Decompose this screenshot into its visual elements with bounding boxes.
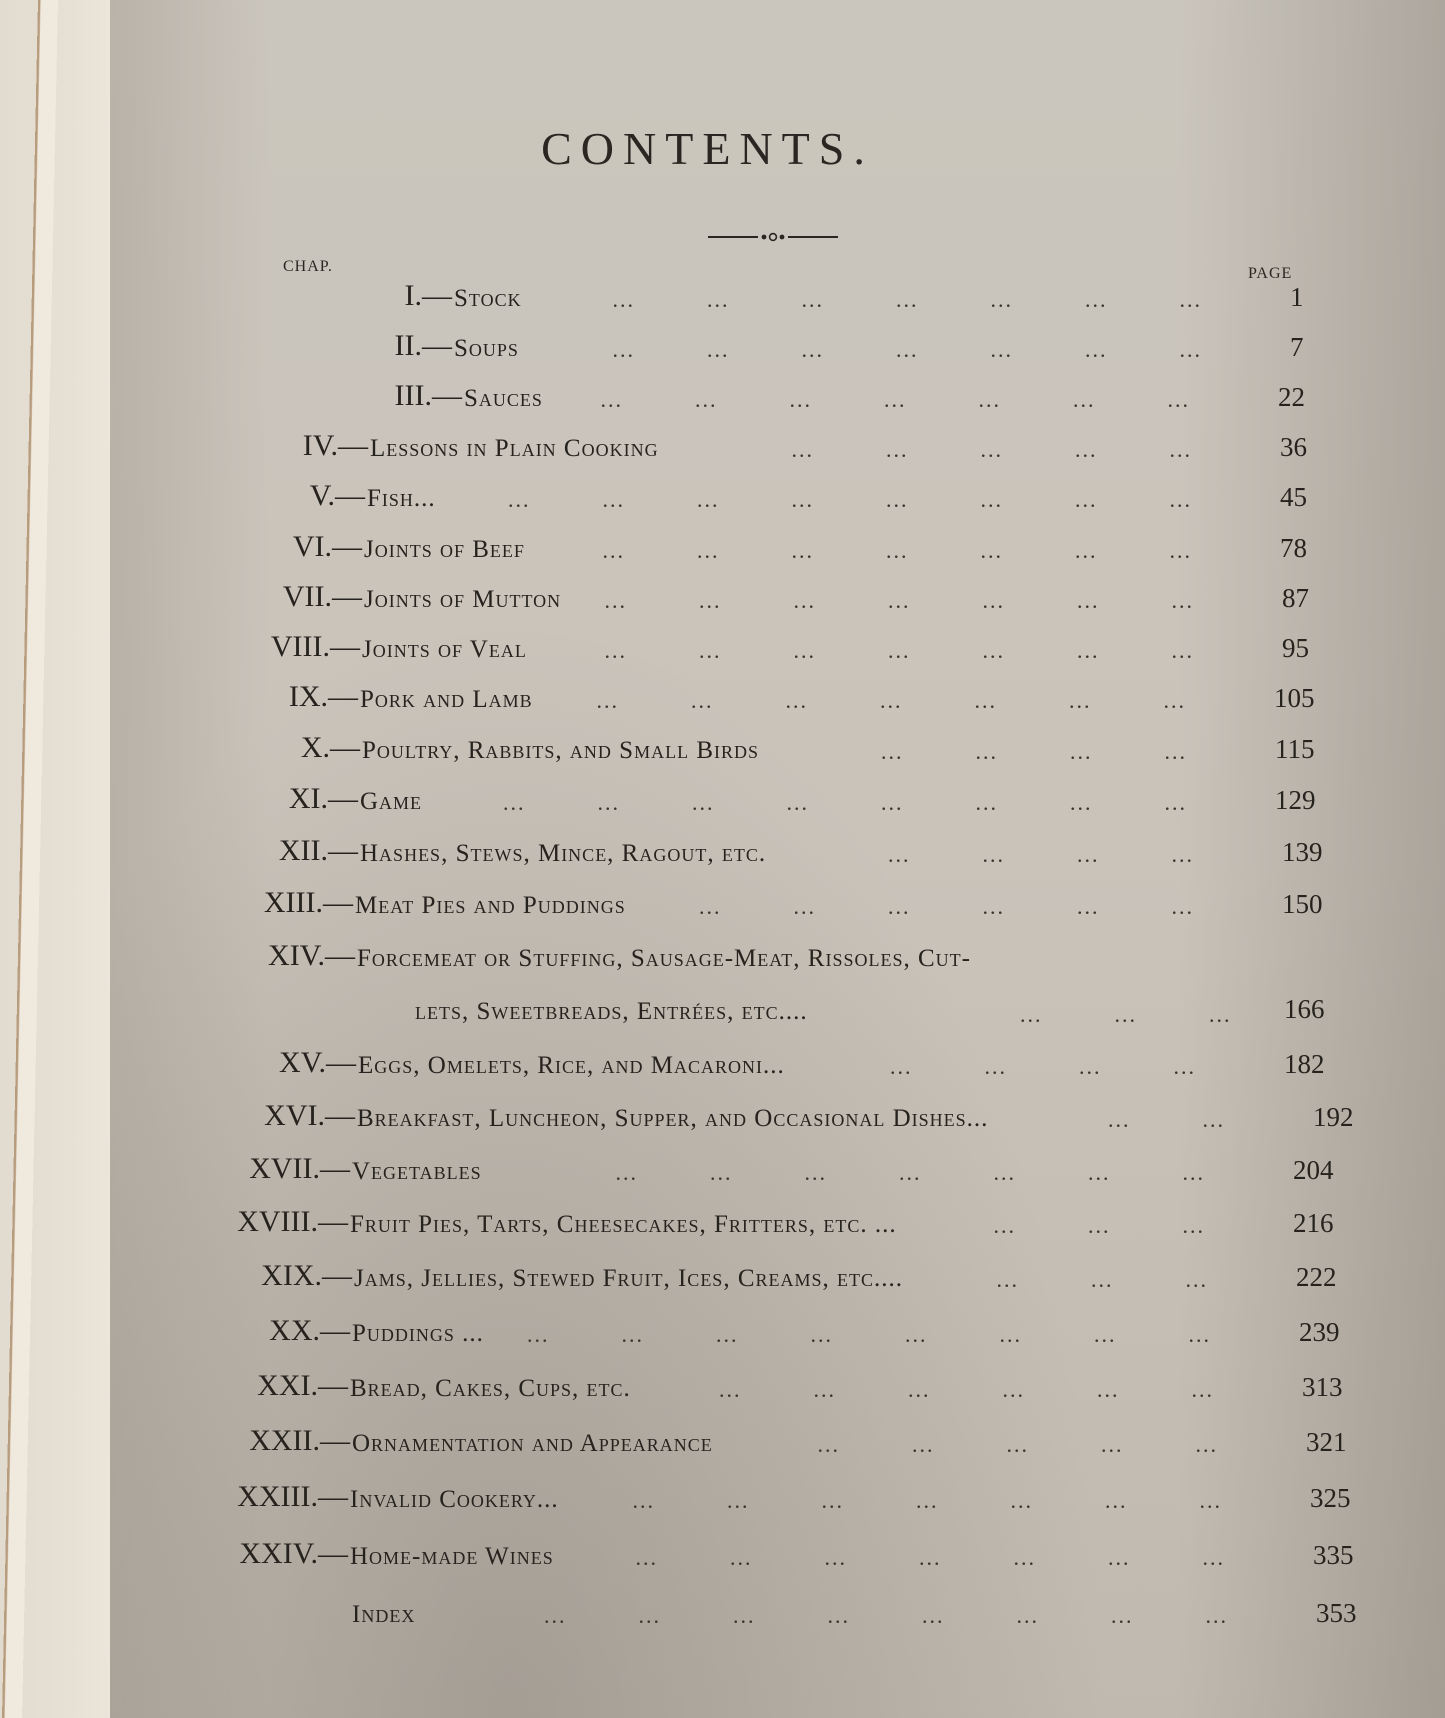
- page-number: 216: [1293, 1208, 1334, 1239]
- chapter-title: Joints of Mutton: [364, 586, 561, 614]
- page-number: 204: [1293, 1155, 1334, 1186]
- chapter-number: XVI.—: [264, 1099, 355, 1133]
- chapter-title: Puddings ...: [352, 1320, 484, 1348]
- chapter-number: XXI.—: [257, 1369, 348, 1403]
- chapter-number: IV.—: [303, 429, 368, 463]
- page-number: 313: [1302, 1372, 1343, 1403]
- toc-entry: XXIV.—Home-made Wines335... ... ... ... …: [0, 1543, 1445, 1587]
- dot-leader: ... ... ...: [927, 1213, 1277, 1239]
- chapter-number: VII.—: [283, 580, 362, 614]
- page-number: 36: [1280, 432, 1307, 463]
- dot-leader: ... ... ... ... ... ... ... ...: [452, 790, 1259, 816]
- page-number: 353: [1316, 1598, 1357, 1629]
- chapter-number: XXIII.—: [237, 1480, 348, 1514]
- toc-entry: XI.—Game129... ... ... ... ... ... ... .…: [0, 788, 1445, 832]
- chapter-title: Sauces: [464, 385, 543, 413]
- toc-entry: IX.—Pork and Lamb105... ... ... ... ... …: [0, 686, 1445, 730]
- toc-entry: VIII.—Joints of Veal95... ... ... ... ..…: [0, 636, 1445, 680]
- dot-leader: ... ... ... ... ... ...: [661, 1377, 1286, 1403]
- page-number: 222: [1296, 1262, 1337, 1293]
- ornament-rule-icon: [708, 232, 838, 242]
- chapter-title: Poultry, Rabbits, and Small Birds: [362, 737, 759, 765]
- toc-entry: VII.—Joints of Mutton87... ... ... ... .…: [0, 586, 1445, 630]
- chapter-title: Stock: [454, 285, 522, 313]
- toc-entry: Index353... ... ... ... ... ... ... ...: [0, 1601, 1445, 1645]
- chapter-title: Soups: [454, 335, 519, 363]
- chapter-number: XIV.—: [268, 939, 355, 973]
- page-number: 335: [1313, 1540, 1354, 1571]
- page-number: 150: [1282, 889, 1323, 920]
- dot-leader: ... ... ... ... ... ... ...: [584, 1545, 1297, 1571]
- toc-entry: X.—Poultry, Rabbits, and Small Birds115.…: [0, 737, 1445, 781]
- toc-entry: III.—Sauces22... ... ... ... ... ... ...: [0, 385, 1445, 429]
- dot-leader: ... ... ... ...: [796, 842, 1266, 868]
- dot-leader: ... ...: [1018, 1107, 1297, 1133]
- page-number: 321: [1306, 1427, 1347, 1458]
- chapter-number: XVIII.—: [237, 1205, 348, 1239]
- chapter-title: Pork and Lamb: [360, 686, 533, 714]
- page-number: 115: [1275, 734, 1315, 765]
- chapter-title: Invalid Cookery...: [350, 1486, 559, 1514]
- page-number: 166: [1284, 994, 1325, 1025]
- chapter-title: Fruit Pies, Tarts, Cheesecakes, Fritters…: [350, 1211, 897, 1239]
- chapter-number: III.—: [395, 379, 462, 413]
- toc-entry: VI.—Joints of Beef78... ... ... ... ... …: [0, 536, 1445, 580]
- chapter-number: XV.—: [279, 1046, 356, 1080]
- dot-leader: ... ... ...: [933, 1267, 1280, 1293]
- chapter-title: Forcemeat or Stuffing, Sausage-Meat, Ris…: [357, 945, 971, 973]
- toc-entry: XVIII.—Fruit Pies, Tarts, Cheesecakes, F…: [0, 1211, 1445, 1255]
- chapter-number: V.—: [310, 479, 365, 513]
- page-number: 129: [1275, 785, 1316, 816]
- dot-leader: ... ... ... ... ... ... ... ...: [466, 487, 1264, 513]
- toc-entry: II.—Soups7... ... ... ... ... ... ...: [0, 335, 1445, 379]
- page-number: 1: [1290, 282, 1304, 313]
- chapter-title: Vegetables: [352, 1158, 482, 1186]
- page-number: 239: [1299, 1317, 1340, 1348]
- page-number: 87: [1282, 583, 1309, 614]
- chapter-title: Breakfast, Luncheon, Supper, and Occasio…: [357, 1105, 988, 1133]
- page-number: 192: [1313, 1102, 1354, 1133]
- toc-entry: XXI.—Bread, Cakes, Cups, etc.313... ... …: [0, 1375, 1445, 1419]
- chapter-number: XXIV.—: [239, 1537, 348, 1571]
- dot-leader: ... ... ... ... ... ... ... ...: [514, 1322, 1283, 1348]
- toc-entry: XVI.—Breakfast, Luncheon, Supper, and Oc…: [0, 1105, 1445, 1149]
- page-number: 7: [1290, 332, 1304, 363]
- toc-entry: XIII.—Meat Pies and Puddings150... ... .…: [0, 892, 1445, 936]
- dot-leader: ... ... ... ... ... ... ...: [591, 588, 1266, 614]
- chapter-title: Index: [352, 1601, 415, 1629]
- toc-entry: XIV.—Forcemeat or Stuffing, Sausage-Meat…: [0, 945, 1445, 989]
- chapter-number: I.—: [405, 279, 453, 313]
- toc-entry: V.—Fish...45... ... ... ... ... ... ... …: [0, 485, 1445, 529]
- chapter-title: Home-made Wines: [350, 1543, 554, 1571]
- chapter-title: Bread, Cakes, Cups, etc.: [350, 1375, 631, 1403]
- page-number: 78: [1280, 533, 1307, 564]
- dot-leader: ... ... ... ... ... ...: [656, 894, 1266, 920]
- toc-entry: XII.—Hashes, Stews, Mince, Ragout, etc.1…: [0, 840, 1445, 884]
- chapter-number: XI.—: [289, 782, 358, 816]
- chapter-number: VI.—: [293, 530, 362, 564]
- toc-entry: XXII.—Ornamentation and Appearance321...…: [0, 1430, 1445, 1474]
- dot-leader: ... ... ... ... ...: [689, 437, 1264, 463]
- toc-entry: I.—Stock1... ... ... ... ... ... ...: [0, 285, 1445, 329]
- chapter-title: Joints of Veal: [362, 636, 527, 664]
- dot-leader: ... ... ... ... ... ... ...: [512, 1160, 1277, 1186]
- toc-entry: XXIII.—Invalid Cookery...325... ... ... …: [0, 1486, 1445, 1530]
- chapter-title: Fish...: [367, 485, 436, 513]
- toc-entry: IV.—Lessons in Plain Cooking36... ... ..…: [0, 435, 1445, 479]
- dot-leader: ... ... ... ... ... ... ...: [557, 638, 1266, 664]
- dot-leader: ... ... ... ... ... ... ...: [549, 337, 1274, 363]
- page-number: 22: [1278, 382, 1305, 413]
- chapter-title: Joints of Beef: [364, 536, 525, 564]
- chap-column-header: CHAP.: [283, 258, 333, 276]
- dot-leader: ... ... ... ... ... ... ...: [589, 1488, 1294, 1514]
- chapter-number: VIII.—: [271, 630, 360, 664]
- chapter-number: XII.—: [279, 834, 358, 868]
- chapter-title: Ornamentation and Appearance: [352, 1430, 713, 1458]
- chapter-title: Game: [360, 788, 422, 816]
- dot-leader: ... ... ... ... ... ... ...: [573, 387, 1262, 413]
- chapter-title: Hashes, Stews, Mince, Ragout, etc.: [360, 840, 766, 868]
- dot-leader: ... ... ... ... ...: [743, 1432, 1290, 1458]
- chapter-number: XXII.—: [249, 1424, 350, 1458]
- dot-leader: ... ... ... ...: [815, 1054, 1268, 1080]
- chapter-number: II.—: [395, 329, 452, 363]
- chapter-number: XVII.—: [249, 1152, 350, 1186]
- page-column-header: PAGE: [1248, 265, 1292, 283]
- chapter-number: XX.—: [269, 1314, 350, 1348]
- dot-leader: ... ... ... ... ... ... ... ...: [445, 1603, 1300, 1629]
- toc-entry: XX.—Puddings ...239... ... ... ... ... .…: [0, 1320, 1445, 1364]
- toc-entry: XV.—Eggs, Omelets, Rice, and Macaroni...…: [0, 1052, 1445, 1096]
- page-number: 95: [1282, 633, 1309, 664]
- toc-entry: XIX.—Jams, Jellies, Stewed Fruit, Ices, …: [0, 1265, 1445, 1309]
- chapter-number: XIII.—: [264, 886, 353, 920]
- dot-leader: ... ... ... ... ... ... ...: [552, 287, 1274, 313]
- dot-leader: ... ... ... ... ... ... ...: [563, 688, 1258, 714]
- dot-leader: ... ... ... ...: [789, 739, 1259, 765]
- chapter-number: X.—: [301, 731, 360, 765]
- page-number: 182: [1284, 1049, 1325, 1080]
- chapter-title: Jams, Jellies, Stewed Fruit, Ices, Cream…: [354, 1265, 903, 1293]
- dot-leader: ... ... ...: [1020, 1002, 1232, 1028]
- chapter-title: Eggs, Omelets, Rice, and Macaroni...: [358, 1052, 785, 1080]
- chapter-title: Lessons in Plain Cooking: [370, 435, 659, 463]
- page-number: 105: [1274, 683, 1315, 714]
- page-number: 45: [1280, 482, 1307, 513]
- chapter-number: XIX.—: [261, 1259, 352, 1293]
- dot-leader: ... ... ... ... ... ... ...: [555, 538, 1264, 564]
- chapter-title: Meat Pies and Puddings: [355, 892, 626, 920]
- page-number: 139: [1282, 837, 1323, 868]
- toc-entry: XVII.—Vegetables204... ... ... ... ... .…: [0, 1158, 1445, 1202]
- chapter-number: IX.—: [289, 680, 358, 714]
- page-number: 325: [1310, 1483, 1351, 1514]
- page-title: CONTENTS.: [0, 122, 1445, 175]
- chapter-title-continuation: lets, Sweetbreads, Entrées, etc....: [415, 998, 808, 1026]
